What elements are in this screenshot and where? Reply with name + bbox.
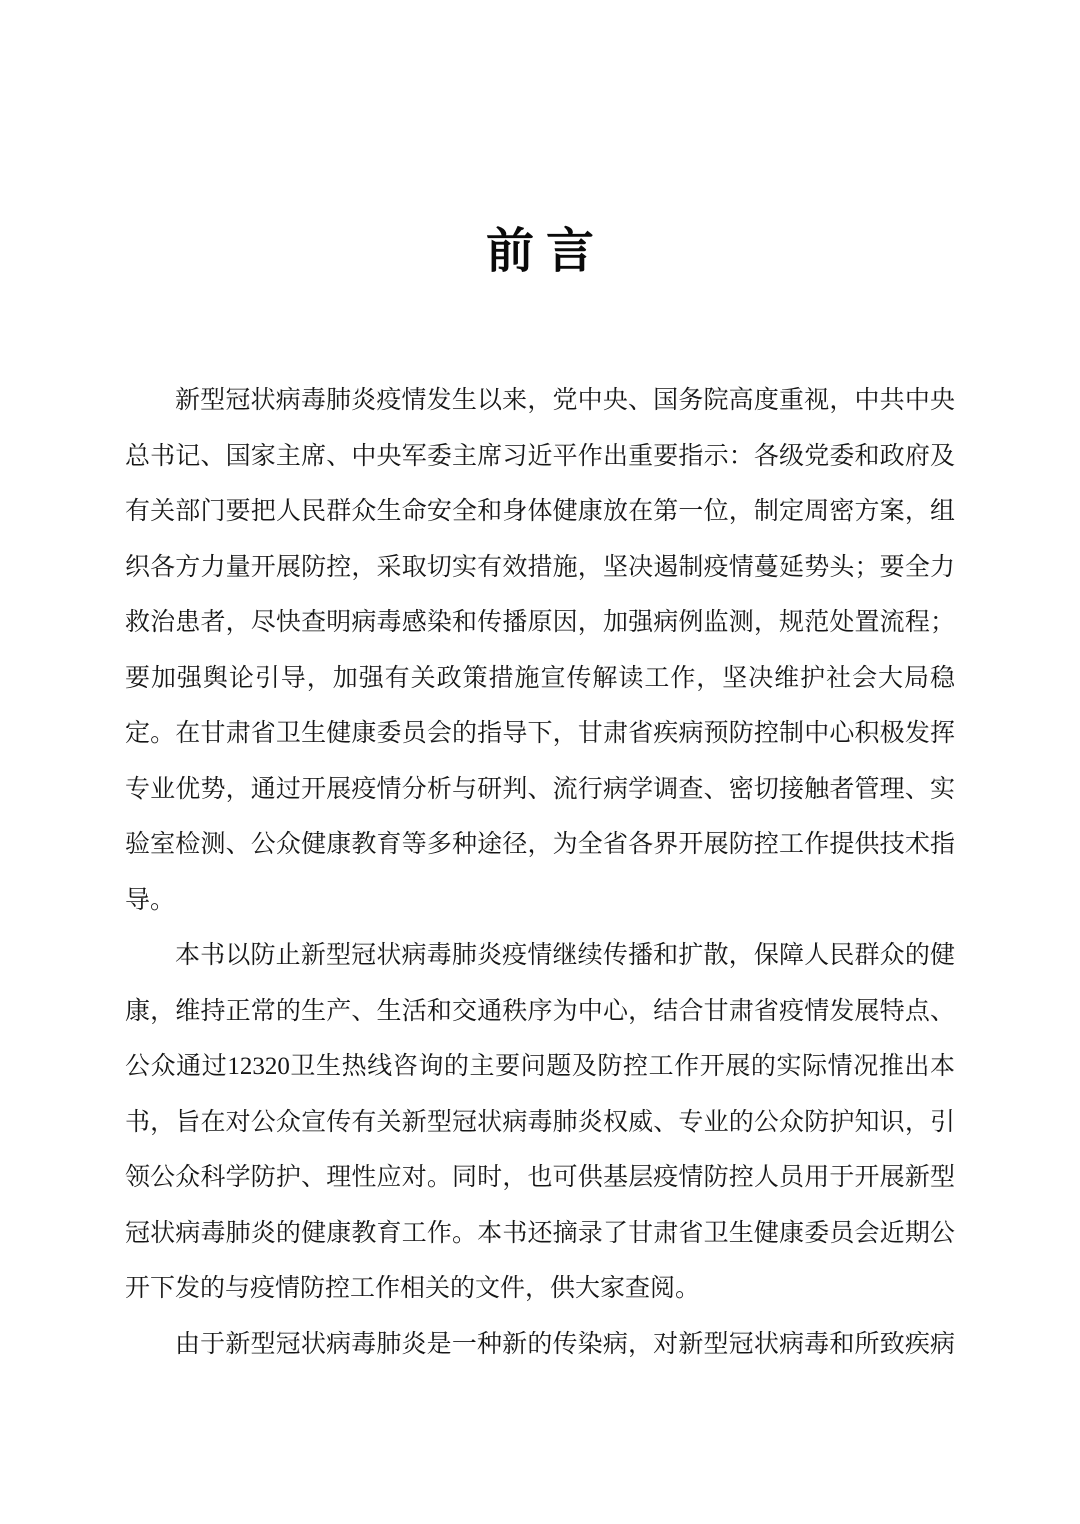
text-line: 开下发的与疫情防控工作相关的文件，供大家查阅。 <box>125 1261 955 1317</box>
page-title: 前言 <box>0 222 1080 282</box>
text-line: 领公众科学防护、理性应对。同时，也可供基层疫情防控人员用于开展新型 <box>125 1150 955 1206</box>
document-page: 前言 新型冠状病毒肺炎疫情发生以来，党中央、国务院高度重视，中共中央总书记、国家… <box>0 0 1080 1524</box>
paragraph: 新型冠状病毒肺炎疫情发生以来，党中央、国务院高度重视，中共中央总书记、国家主席、… <box>125 373 955 928</box>
text-line: 织各方力量开展防控，采取切实有效措施，坚决遏制疫情蔓延势头；要全力 <box>125 540 955 596</box>
text-line: 救治患者，尽快查明病毒感染和传播原因，加强病例监测，规范处置流程； <box>125 595 955 651</box>
text-line: 验室检测、公众健康教育等多种途径，为全省各界开展防控工作提供技术指 <box>125 817 955 873</box>
text-line: 定。在甘肃省卫生健康委员会的指导下，甘肃省疾病预防控制中心积极发挥 <box>125 706 955 762</box>
text-line: 总书记、国家主席、中央军委主席习近平作出重要指示：各级党委和政府及 <box>125 429 955 485</box>
text-line: 要加强舆论引导，加强有关政策措施宣传解读工作，坚决维护社会大局稳 <box>125 651 955 707</box>
document-body: 新型冠状病毒肺炎疫情发生以来，党中央、国务院高度重视，中共中央总书记、国家主席、… <box>125 373 955 1372</box>
text-line: 专业优势，通过开展疫情分析与研判、流行病学调查、密切接触者管理、实 <box>125 762 955 818</box>
text-line: 由于新型冠状病毒肺炎是一种新的传染病，对新型冠状病毒和所致疾病 <box>125 1317 955 1373</box>
text-line: 冠状病毒肺炎的健康教育工作。本书还摘录了甘肃省卫生健康委员会近期公 <box>125 1206 955 1262</box>
text-line: 公众通过12320卫生热线咨询的主要问题及防控工作开展的实际情况推出本 <box>125 1039 955 1095</box>
text-line: 康，维持正常的生产、生活和交通秩序为中心，结合甘肃省疫情发展特点、 <box>125 984 955 1040</box>
text-line: 导。 <box>125 873 955 929</box>
text-line: 书，旨在对公众宣传有关新型冠状病毒肺炎权威、专业的公众防护知识，引 <box>125 1095 955 1151</box>
text-line: 新型冠状病毒肺炎疫情发生以来，党中央、国务院高度重视，中共中央 <box>125 373 955 429</box>
text-line: 本书以防止新型冠状病毒肺炎疫情继续传播和扩散，保障人民群众的健 <box>125 928 955 984</box>
paragraph: 由于新型冠状病毒肺炎是一种新的传染病，对新型冠状病毒和所致疾病 <box>125 1317 955 1373</box>
text-line: 有关部门要把人民群众生命安全和身体健康放在第一位，制定周密方案，组 <box>125 484 955 540</box>
paragraph: 本书以防止新型冠状病毒肺炎疫情继续传播和扩散，保障人民群众的健康，维持正常的生产… <box>125 928 955 1317</box>
